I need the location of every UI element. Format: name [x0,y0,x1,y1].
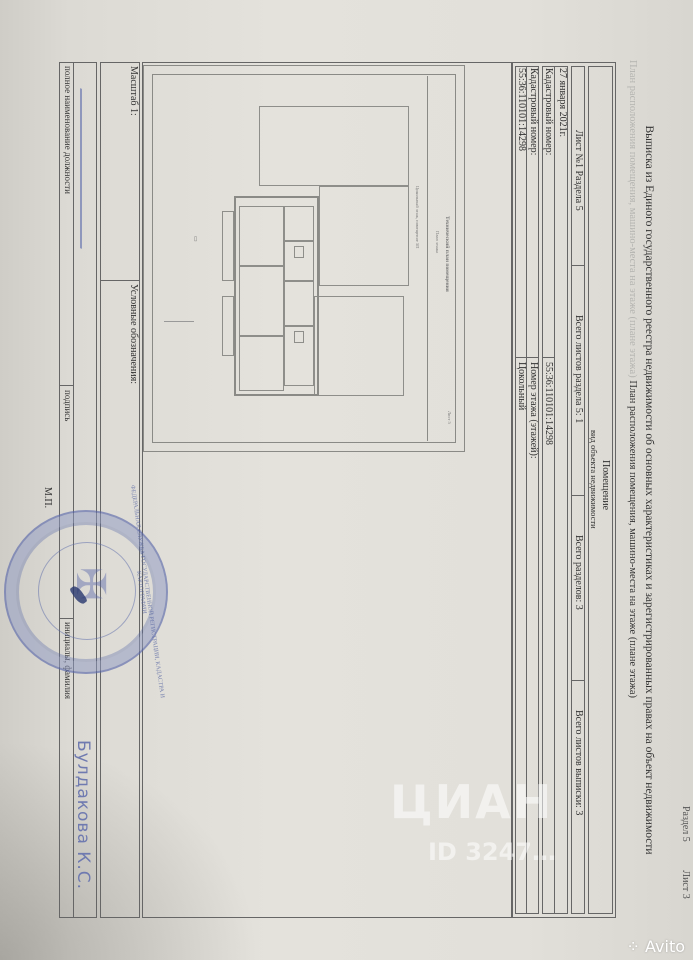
room [284,206,314,241]
plan-title-divider [427,76,428,441]
floor-value: Цокольный [516,362,527,410]
avito-badge: ⁘ Avito [627,937,685,956]
section-sheets: Всего листов раздела 5: 1 [573,315,584,423]
section-header: Раздел 5 Лист 3 [680,780,691,899]
sheet-number: Лист 3 [680,870,691,898]
annex [222,296,234,356]
room [239,206,284,266]
watermark-brand: ЦИАН [390,775,553,829]
room [284,281,314,326]
room [239,336,284,391]
cian-watermark-id: ID 3247… [428,838,556,866]
building-outline [259,106,409,186]
subtitle-text: План расположения помещения, машино-мест… [627,380,638,698]
divider [59,385,74,386]
floor-plan-drawing: Технический план помещения План этажа Ли… [143,65,465,452]
cadastral-label: Кадастровый номер: [543,68,554,155]
cadastral-value-2: 55:36:110101:14298 [516,68,527,151]
divider [542,357,555,358]
plan-caption: Цокольный этаж, помещение 5П [415,186,420,248]
divider [100,280,140,281]
plan-block-title: Технический план помещения [444,216,450,292]
official-stamp: ✠ ФЕДЕРАЛЬНАЯ СЛУЖБА ГОСУДАРСТВЕННОЙ РЕГ… [4,510,168,674]
cian-watermark: ЦИАН [390,775,553,829]
subtitle-faint: План расположения помещения, машино-мест… [627,60,638,378]
document-title: Выписка из Единого государственного реес… [643,80,655,900]
signature-caption: подпись [63,390,73,421]
floor-label: Номер этажа (этажей): [528,362,539,459]
plan-legend [164,321,194,382]
extract-sheets: Всего листов выписки: 3 [573,710,584,815]
divider [571,265,585,266]
cadastral-value: 55:36:110101:14298 [543,362,554,445]
section-number: Раздел 5 [680,806,691,842]
staircase [294,331,304,343]
staircase [294,246,304,258]
cadastral-label-2: Кадастровый номер: [528,68,539,155]
object-type-caption: вид объекта недвижимости [589,430,599,529]
building-outline [319,186,409,286]
annex [222,211,234,281]
object-name: Помещение [600,460,611,510]
divider [554,66,555,914]
scale-label: Масштаб 1: [128,66,139,116]
handwritten-signer-name: Булдакова К.С. [73,740,93,890]
avito-dots-icon: ⁘ [627,937,640,956]
extract-sheet: Раздел 5 Лист 3 Выписка из Единого госуд… [0,0,693,960]
plan-block-sub: План этажа [435,231,440,253]
divider [571,680,585,681]
building-outline [314,296,404,396]
sections-total: Всего разделов: 3 [573,535,584,610]
divider [571,495,585,496]
extract-date: 27 января 2021г. [557,68,568,137]
stamp-mark: М.П. [42,487,53,508]
avito-label: Avito [645,937,685,956]
plan-floor-label: ▭ [192,236,199,242]
sheet-label: Лист №1 Раздела 5 [573,130,584,211]
watermark-id: ID 3247… [428,838,556,866]
handwritten-position [80,88,90,252]
plan-corner: Лист 5 [447,411,452,424]
divider [515,357,539,358]
room [239,266,284,336]
legend-label: Условные обозначения: [128,284,139,384]
position-caption: полное наименование должности [63,66,73,194]
document-subtitle: План расположения помещения, машино-мест… [627,60,638,760]
